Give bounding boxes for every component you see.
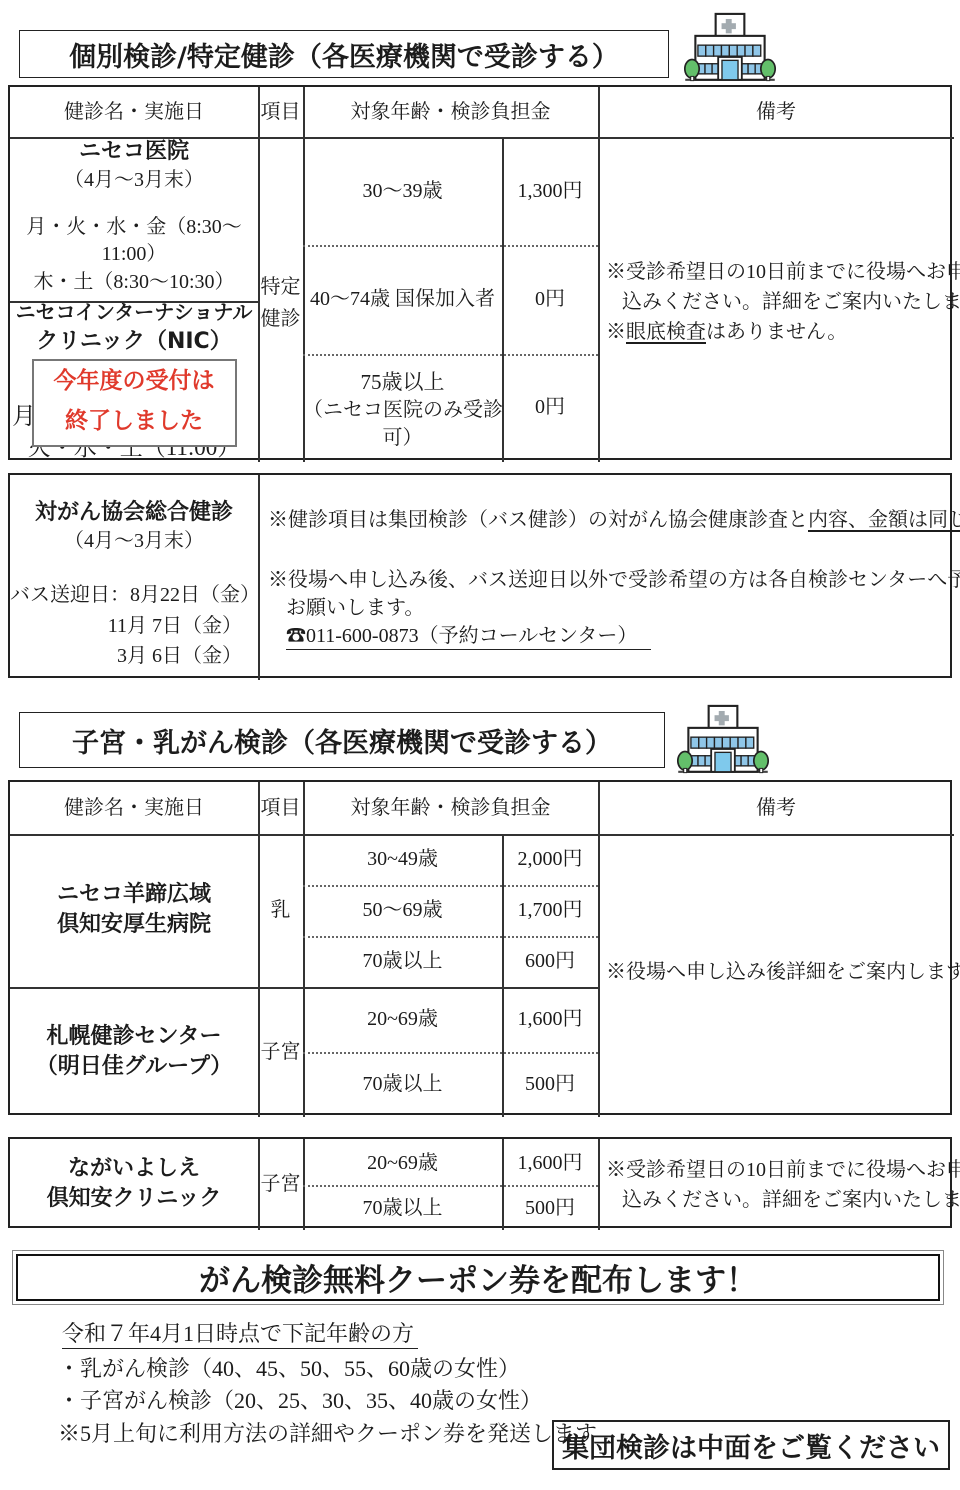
table-line xyxy=(303,936,598,938)
coupon-item: ・子宮がん検診（20、25、30、35、40歳の女性） xyxy=(58,1387,542,1415)
col-header-remarks: 備考 xyxy=(598,794,954,822)
coupon-banner: がん検診無料クーポン券を配布します！ xyxy=(16,1254,940,1301)
facility-name: ながいよしえ xyxy=(10,1155,258,1183)
bus-date-line: バス送迎日：8月22日（金） xyxy=(10,581,242,609)
age-cell: 70歳以上 xyxy=(303,947,502,975)
note-line: お願いします。 xyxy=(286,594,424,622)
age-cell: 可） xyxy=(303,424,502,452)
fee-cell: 2,000円 xyxy=(502,845,598,873)
table-line xyxy=(303,245,598,247)
col-header-name: 健診名・実施日 xyxy=(10,98,258,126)
col-header-agefee: 対象年齢・検診負担金 xyxy=(303,794,598,822)
age-cell: 70歳以上 xyxy=(303,1194,502,1222)
col-header-agefee: 対象年齢・検診負担金 xyxy=(303,98,598,126)
group-checkup-box: 集団検診は中面をご覧ください xyxy=(552,1420,950,1470)
fee-cell: 500円 xyxy=(502,1194,598,1222)
col-header-item: 項目 xyxy=(258,794,303,822)
age-cell: 50～69歳 xyxy=(303,896,502,924)
facility-period: （4月～3月末） xyxy=(10,527,258,555)
facility-schedule: 月・火・水・金（8:30～ xyxy=(10,213,258,241)
section1-title: 個別検診/特定健診（各医療機関で受診する） xyxy=(69,35,619,74)
coupon-note: ※5月上旬に利用方法の詳細やクーポン券を発送します xyxy=(58,1420,597,1448)
table-line xyxy=(10,987,598,989)
coupon-banner-text: がん検診無料クーポン券を配布します！ xyxy=(199,1255,757,1300)
bus-date-line: 3月 6日（金） xyxy=(10,642,242,670)
hospital-icon xyxy=(683,8,777,84)
age-cell: 75歳以上 xyxy=(303,368,502,396)
remarks-line: ※受診希望日の10日前までに役場へお申し xyxy=(606,258,960,286)
coupon-eligibility-heading: 令和７年4月1日時点で下記年齢の方 xyxy=(62,1320,418,1348)
fee-cell: 1,700円 xyxy=(502,896,598,924)
flyer-page: 個別検診/特定健診（各医療機関で受診する） xyxy=(0,0,960,1490)
section2-title: 子宮・乳がん検診（各医療機関で受診する） xyxy=(72,721,612,760)
age-cell: 40～74歳 国保加入者 xyxy=(303,285,502,313)
table-line xyxy=(303,885,598,887)
group-checkup-text: 集団検診は中面をご覧ください xyxy=(562,1426,940,1465)
facility-name: ニセコ医院 xyxy=(10,138,258,166)
fee-cell: 1,300円 xyxy=(502,177,598,205)
item-cell: 特定 xyxy=(258,273,303,301)
fee-cell: 1,600円 xyxy=(502,1149,598,1177)
facility-name: （明日佳グループ） xyxy=(10,1053,258,1081)
fee-cell: 500円 xyxy=(502,1070,598,1098)
table-line xyxy=(598,1139,600,1230)
table-cancer-association: 対がん協会総合健診 （4月～3月末） バス送迎日：8月22日（金） 11月 7日… xyxy=(8,473,952,678)
remarks-line: 込みください。詳細をご案内いたします。 xyxy=(622,288,960,316)
facility-name: ニセコ羊蹄広域 xyxy=(10,881,258,909)
age-cell: （ニセコ医院のみ受診 xyxy=(303,396,502,424)
table-line xyxy=(303,1052,598,1054)
age-cell: 30~49歳 xyxy=(303,845,502,873)
closed-notice-line: 今年度の受付は xyxy=(34,367,234,395)
age-cell: 70歳以上 xyxy=(303,1070,502,1098)
facility-name: 倶知安クリニック xyxy=(10,1185,258,1213)
table-line xyxy=(598,782,600,1117)
age-cell: 20~69歳 xyxy=(303,1005,502,1033)
remarks-line: ※役場へ申し込み後詳細をご案内します。 xyxy=(606,958,960,986)
facility-period: （4月～3月末） xyxy=(10,166,258,194)
table-nagai-clinic: ながいよしえ 倶知安クリニック 子宮 20~69歳 1,600円 70歳以上 5… xyxy=(8,1137,952,1228)
table-line xyxy=(303,1185,598,1187)
item-cell: 健診 xyxy=(258,305,303,333)
coupon-item: ・乳がん検診（40、45、50、55、60歳の女性） xyxy=(58,1355,520,1383)
hospital-icon xyxy=(676,700,770,776)
item-cell: 乳 xyxy=(258,896,303,924)
table-individual-checkup: 健診名・実施日 項目 対象年齢・検診負担金 備考 ニセコ医院 （4月～3月末） … xyxy=(8,85,952,460)
table-line xyxy=(598,87,600,462)
table-line xyxy=(10,834,954,836)
age-cell: 30～39歳 xyxy=(303,177,502,205)
facility-name: クリニック（NIC） xyxy=(10,328,258,356)
bus-date-line: 11月 7日（金） xyxy=(10,612,242,640)
col-header-item: 項目 xyxy=(258,98,303,126)
remarks-line: ※受診希望日の10日前までに役場へお申し xyxy=(606,1156,960,1184)
fee-cell: 0円 xyxy=(502,393,598,421)
note-line: ※健診項目は集団検診（バス健診）の対がん協会健康診査と内容、金額は同じです。 xyxy=(268,506,960,534)
table-line xyxy=(258,782,260,1117)
remarks-line: 込みください。詳細をご案内いたします。 xyxy=(622,1186,960,1214)
col-header-name: 健診名・実施日 xyxy=(10,794,258,822)
table-line xyxy=(303,354,598,356)
section1-title-box: 個別検診/特定健診（各医療機関で受診する） xyxy=(19,30,669,78)
col-header-remarks: 備考 xyxy=(598,98,954,126)
item-cell: 子宮 xyxy=(258,1170,303,1198)
facility-name: ニセコインターナショナル xyxy=(10,298,258,326)
closed-notice-box: 今年度の受付は 終了しました xyxy=(32,359,237,447)
section2-title-box: 子宮・乳がん検診（各医療機関で受診する） xyxy=(19,712,665,768)
facility-name: 倶知安厚生病院 xyxy=(10,911,258,939)
table-uterus-breast: 健診名・実施日 項目 対象年齢・検診負担金 備考 ニセコ羊蹄広域 倶知安厚生病院… xyxy=(8,780,952,1115)
age-cell: 20~69歳 xyxy=(303,1149,502,1177)
item-cell: 子宮 xyxy=(258,1038,303,1066)
fee-cell: 0円 xyxy=(502,285,598,313)
coupon-banner-outer: がん検診無料クーポン券を配布します！ xyxy=(12,1250,944,1305)
closed-notice-line: 終了しました xyxy=(34,407,234,435)
remarks-line: ※眼底検査はありません。 xyxy=(606,318,847,346)
facility-name: 札幌健診センター xyxy=(10,1023,258,1051)
facility-schedule: 木・土（8:30～10:30） xyxy=(10,268,258,296)
table-line xyxy=(258,475,260,680)
facility-name: 対がん協会総合健診 xyxy=(10,499,258,527)
note-line: ※役場へ申し込み後、バス送迎日以外で受診希望の方は各自検診センターへ予約を xyxy=(268,566,960,594)
facility-schedule: 11:00） xyxy=(10,240,258,268)
phone-line: ☎011-600-0873（予約コールセンター） xyxy=(286,622,651,650)
fee-cell: 600円 xyxy=(502,947,598,975)
fee-cell: 1,600円 xyxy=(502,1005,598,1033)
